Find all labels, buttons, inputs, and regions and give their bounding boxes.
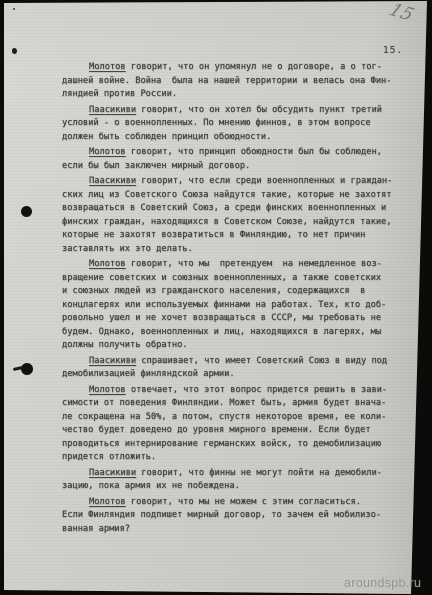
speaker-name: Молотов: [89, 62, 126, 72]
paragraph: Молотов отвечает, что этот вопрос придет…: [62, 384, 402, 465]
text-line: ляндией против России.: [62, 88, 402, 102]
text-line: ровольно ушел и не хочет возвращаться в …: [62, 312, 402, 326]
text-line: будем. Однако, военнопленных и лиц, нахо…: [62, 326, 402, 340]
paragraph-first-line: Паасикиви говорит, что если среди военно…: [62, 175, 402, 189]
paragraph: Молотов говорит, что мы претендуем на не…: [62, 258, 402, 353]
text-line: Если Финляндия подпишет мирный договор, …: [62, 509, 402, 523]
text-line: условий - о военнопленных. По мнению фин…: [62, 117, 402, 131]
text-line: которые не захотят возвратиться в Финлян…: [62, 229, 402, 243]
text-line: финских граждан, находящихся в Советском…: [62, 216, 402, 230]
punch-hole: [21, 363, 33, 375]
paragraph: Паасикиви говорит, что он хотел бы обсуд…: [62, 104, 402, 145]
text-line: ванная армия?: [62, 523, 402, 537]
paragraph: Паасикиви спрашивает, что имеет Советски…: [62, 355, 402, 382]
speaker-name: Молотов: [89, 385, 126, 395]
document-text: Молотов говорит, что он упомянул не о до…: [62, 61, 402, 538]
text-line: ле сокращена на 50%, а потом, спустя нек…: [62, 411, 402, 425]
text-line: должен быть соблюден принцип обоюдности.: [62, 131, 402, 145]
paragraph-first-line: Молотов говорит, что мы не можем с этим …: [62, 496, 402, 510]
paragraph-first-line: Молотов говорит, что он упомянул не о до…: [62, 61, 402, 75]
paragraph-first-line: Молотов говорит, что мы претендуем на не…: [62, 258, 402, 272]
speaker-name: Паасикиви: [89, 468, 136, 478]
speaker-name: Молотов: [89, 147, 126, 157]
speaker-name: Молотов: [89, 259, 126, 269]
paragraph: Молотов говорит, что он упомянул не о до…: [62, 61, 402, 102]
text-line: симости от поведения Финляндии. Может бы…: [62, 397, 402, 411]
scan-speck: [13, 8, 15, 10]
punch-hole: [21, 206, 32, 217]
paragraph-first-line: Паасикиви говорит, что он хотел бы обсуд…: [62, 104, 402, 118]
paragraph: Молотов говорит, что принцип обоюдности …: [62, 146, 402, 173]
speaker-name: Молотов: [89, 497, 126, 507]
speaker-name: Паасикиви: [89, 105, 136, 115]
text-line: проводиться интернирование германских во…: [62, 438, 402, 452]
text-line: придется отложить.: [62, 451, 402, 465]
paragraph: Молотов говорит, что мы не можем с этим …: [62, 496, 402, 537]
text-line: ских лиц из Советского Союза найдутся та…: [62, 189, 402, 203]
text-line: если бы был заключен мирный договор.: [62, 160, 402, 174]
paragraph-first-line: Молотов говорит, что принцип обоюдности …: [62, 146, 402, 160]
text-line: возвращаться в Советский Союз, а среди ф…: [62, 202, 402, 216]
text-line: дашней войне. Война была на нашей террит…: [62, 75, 402, 89]
text-line: зацию, пока армия их не побеждена.: [62, 480, 402, 494]
scan-speck: [12, 48, 17, 54]
page-number: 15.: [383, 45, 403, 56]
speaker-name: Паасикиви: [89, 356, 136, 366]
watermark: aroundspb.ru: [344, 576, 421, 590]
text-line: концлагерях или используемых финнами на …: [62, 299, 402, 313]
text-line: должны получить обратно.: [62, 339, 402, 353]
speaker-name: Паасикиви: [89, 176, 136, 186]
text-line: вращение советских и союзных военнопленн…: [62, 272, 402, 286]
scanned-document-page: 15 15. Молотов говорит, что он упомянул …: [0, 0, 432, 595]
paragraph: Паасикиви говорит, что финны не могут по…: [62, 467, 402, 494]
paragraph-first-line: Молотов отвечает, что этот вопрос придет…: [62, 384, 402, 398]
text-line: и союзных людей из гражданского населени…: [62, 285, 402, 299]
paragraph-first-line: Паасикиви спрашивает, что имеет Советски…: [62, 355, 402, 369]
paragraph: Паасикиви говорит, что если среди военно…: [62, 175, 402, 256]
text-line: демобилизацией финляндской армии.: [62, 368, 402, 382]
text-line: чество будет доведено до уровня мирного …: [62, 424, 402, 438]
text-line: заставлять их это делать.: [62, 243, 402, 257]
paragraph-first-line: Паасикиви говорит, что финны не могут по…: [62, 467, 402, 481]
